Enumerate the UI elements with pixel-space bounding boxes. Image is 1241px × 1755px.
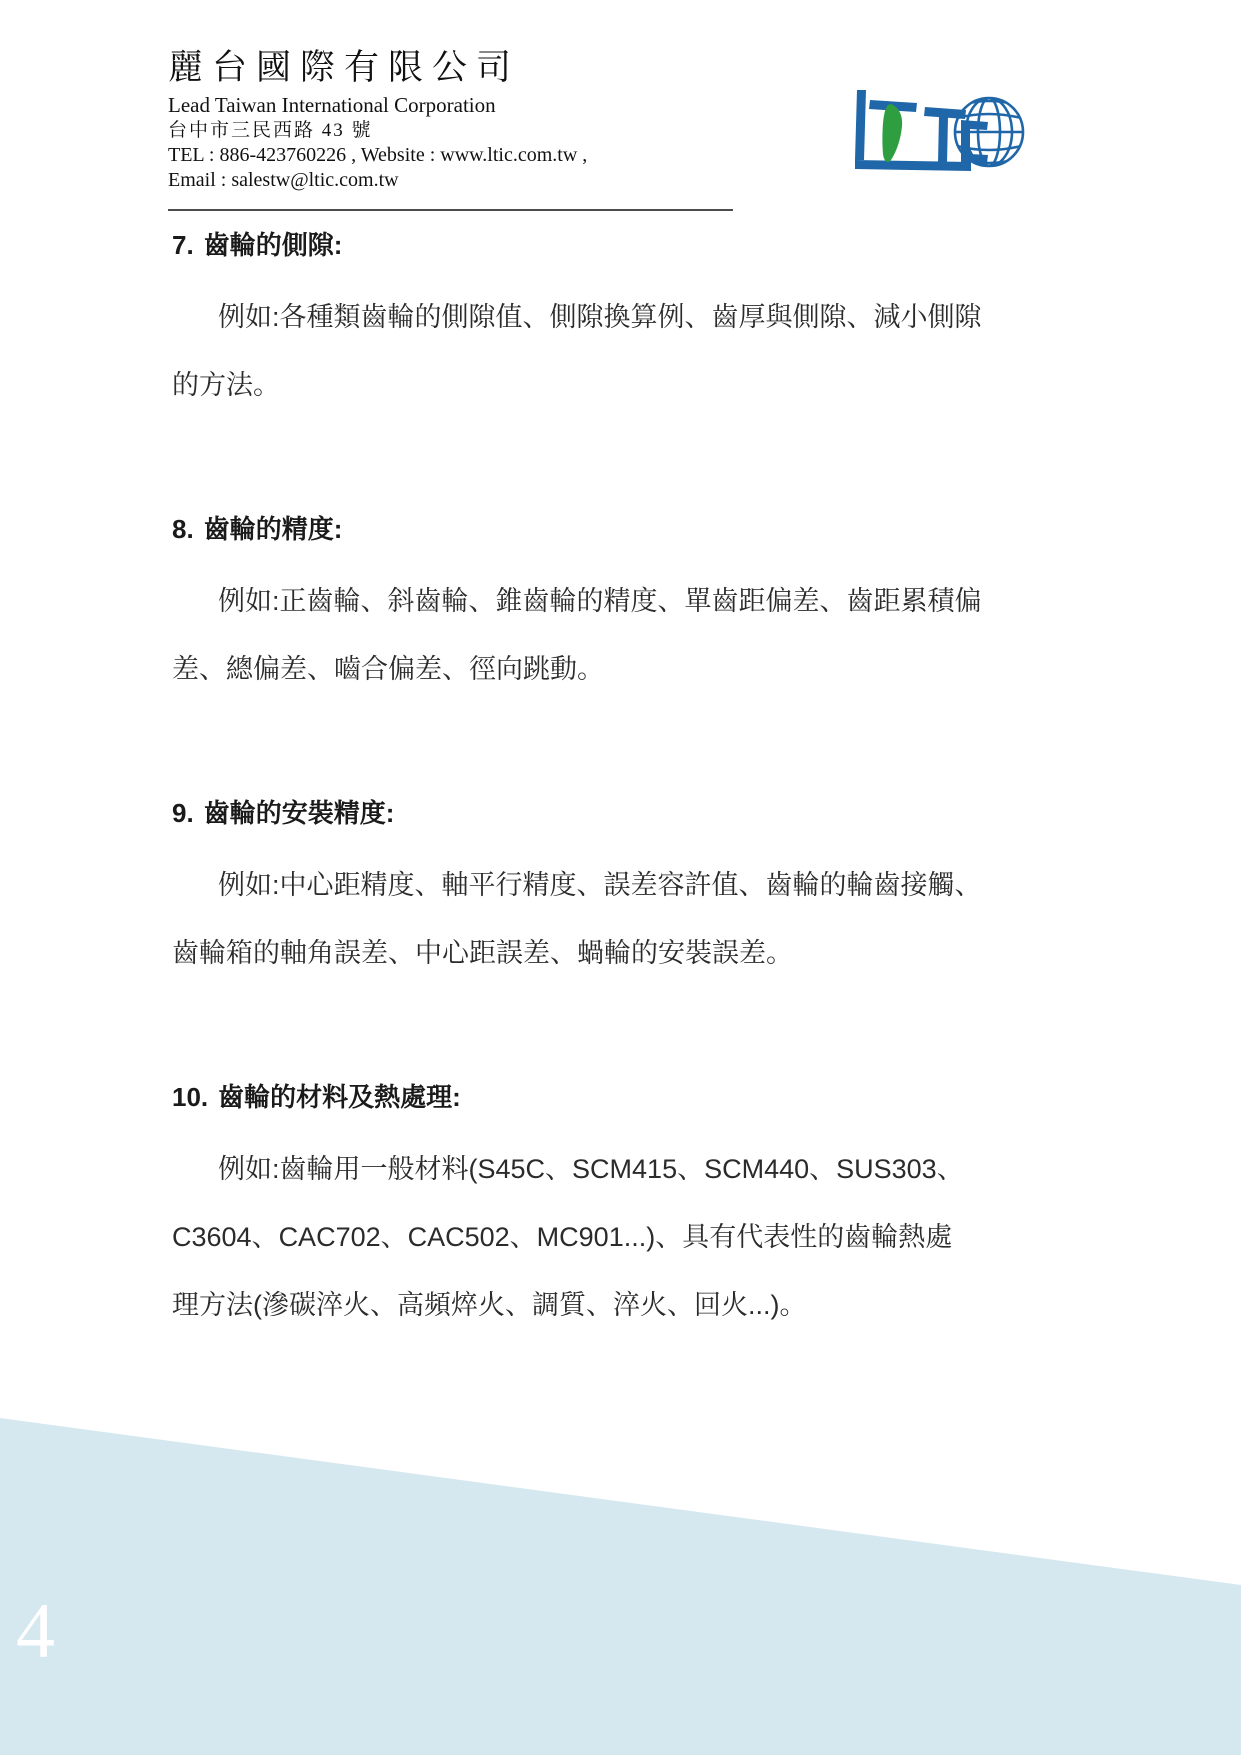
taiwan-island-icon [882,104,902,162]
section-10-title: 齒輪的材料及熱處理: [218,1082,461,1112]
letterhead: 麗台國際有限公司 Lead Taiwan International Corpo… [168,46,587,193]
document-page: 麗台國際有限公司 Lead Taiwan International Corpo… [0,0,1241,1755]
company-address: 台中市三民西路 43 號 [168,118,587,143]
section-7-line-1: 例如:各種類齒輪的側隙值、側隙換算例、齒厚與側隙、減小側隙 [172,300,1112,334]
company-email-line: Email : salestw@ltic.com.tw [168,168,587,193]
section-10-line-3: 理方法(滲碳淬火、高頻焠火、調質、淬火、回火...)。 [172,1288,1112,1322]
header-divider [168,209,733,211]
section-8-line-1: 例如:正齒輪、斜齒輪、錐齒輪的精度、單齒距偏差、齒距累積偏 [172,584,1112,618]
section-10-line-2: C3604、CAC702、CAC502、MC901...)、具有代表性的齒輪熱處 [172,1220,1112,1254]
section-7: 7.齒輪的側隙: 例如:各種類齒輪的側隙值、側隙換算例、齒厚與側隙、減小側隙 的… [172,228,1112,402]
section-10-line-1: 例如:齒輪用一般材料(S45C、SCM415、SCM440、SUS303、 [172,1152,1112,1186]
company-name-en: Lead Taiwan International Corporation [168,92,587,118]
ltic-letters [855,90,988,171]
company-contact-line: TEL : 886-423760226 , Website : www.ltic… [168,143,587,168]
section-10-number: 10. [172,1082,208,1112]
section-9: 9.齒輪的安裝精度: 例如:中心距精度、軸平行精度、誤差容許值、齒輪的輪齒接觸、… [172,796,1112,970]
section-8-number: 8. [172,514,194,544]
section-9-line-1: 例如:中心距精度、軸平行精度、誤差容許值、齒輪的輪齒接觸、 [172,868,1112,902]
ltic-logo-icon [853,76,1025,184]
section-8-title: 齒輪的精度: [204,514,343,544]
company-name-zh: 麗台國際有限公司 [168,46,587,90]
section-10-heading: 10.齒輪的材料及熱處理: [172,1080,1112,1114]
section-10: 10.齒輪的材料及熱處理: 例如:齒輪用一般材料(S45C、SCM415、SCM… [172,1080,1112,1322]
section-8-heading: 8.齒輪的精度: [172,512,1112,546]
section-9-line-2: 齒輪箱的軸角誤差、中心距誤差、蝸輪的安裝誤差。 [172,936,1112,970]
section-8: 8.齒輪的精度: 例如:正齒輪、斜齒輪、錐齒輪的精度、單齒距偏差、齒距累積偏 差… [172,512,1112,686]
section-8-line-2: 差、總偏差、嚙合偏差、徑向跳動。 [172,652,1112,686]
page-body: 7.齒輪的側隙: 例如:各種類齒輪的側隙值、側隙換算例、齒厚與側隙、減小側隙 的… [172,228,1112,1432]
section-7-line-2: 的方法。 [172,368,1112,402]
section-7-number: 7. [172,230,194,260]
section-7-heading: 7.齒輪的側隙: [172,228,1112,262]
section-9-number: 9. [172,798,194,828]
page-number: 4 [16,1588,55,1674]
section-7-title: 齒輪的側隙: [204,230,343,260]
section-9-heading: 9.齒輪的安裝精度: [172,796,1112,830]
section-9-title: 齒輪的安裝精度: [204,798,395,828]
